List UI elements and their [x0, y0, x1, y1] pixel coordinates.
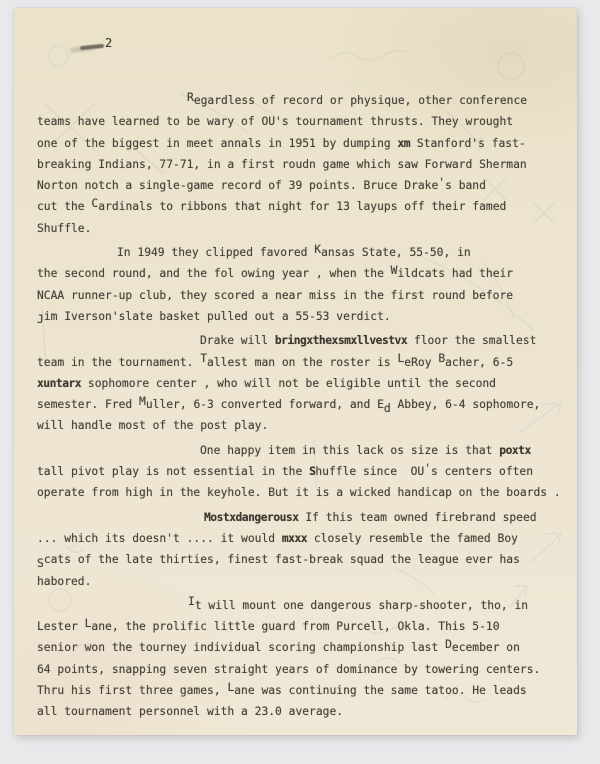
text-line: all tournament personnel with a 23.0 ave… [37, 701, 567, 722]
text-line: Mostxdangerousx If this team owned fireb… [37, 507, 567, 528]
text-line: In 1949 they clipped favored Kansas Stat… [37, 242, 567, 263]
text-line: Norton notch a single-game record of 39 … [37, 175, 567, 196]
paragraph: Mostxdangerousx If this team owned fireb… [37, 507, 567, 592]
text-line: semester. Fred Muller, 6-3 converted for… [37, 394, 567, 415]
paragraph: One happy item in this lack os size is t… [37, 440, 567, 504]
text-line: habored. [37, 571, 567, 592]
text-line: operate from high in the keyhole. But it… [37, 482, 567, 503]
text-line: It will mount one dangerous sharp-shoote… [37, 595, 567, 616]
page-body: Regardless of record or physique, other … [37, 90, 567, 726]
text-line: tall pivot play is not essential in the … [37, 461, 567, 482]
paragraph: Drake will bringxthexsmxllvestvx floor t… [37, 330, 567, 436]
text-line: the second round, and the fol owing year… [37, 263, 567, 284]
text-line: xuntarx sophomore center , who will not … [37, 373, 567, 394]
text-line: Shuffle. [37, 218, 567, 239]
text-line: 64 points, snapping seven straight years… [37, 659, 567, 680]
pencil-smudge [80, 44, 104, 50]
paragraph: In 1949 they clipped favored Kansas Stat… [37, 242, 567, 327]
paragraph: Regardless of record or physique, other … [37, 90, 567, 239]
text-line: Regardless of record or physique, other … [37, 90, 567, 111]
text-line: NCAA runner-up club, they scored a near … [37, 285, 567, 306]
text-line: Lester Lane, the prolific little guard f… [37, 616, 567, 637]
crease-line [14, 85, 577, 87]
text-line: one of the biggest in meet annals in 195… [37, 133, 567, 154]
text-line: teams have learned to be wary of OU's to… [37, 111, 567, 132]
text-line: team in the tournament. Tallest man on t… [37, 352, 567, 373]
text-line: Drake will bringxthexsmxllvestvx floor t… [37, 330, 567, 351]
scanned-document: 2 Regardless of record or physique, othe… [0, 0, 600, 764]
paper-sheet: 2 Regardless of record or physique, othe… [14, 8, 577, 735]
page-number: 2 [105, 36, 112, 50]
text-line: One happy item in this lack os size is t… [37, 440, 567, 461]
text-line: breaking Indians, 77-71, in a first roud… [37, 154, 567, 175]
text-line: cut the Cardinals to ribbons that night … [37, 196, 567, 217]
text-line: ... which its doesn't .... it would mxxx… [37, 528, 567, 549]
text-line: Jim Iverson'slate basket pulled out a 55… [37, 306, 567, 327]
paragraph: It will mount one dangerous sharp-shoote… [37, 595, 567, 723]
text-line: Thru his first three games, Lane was con… [37, 680, 567, 701]
text-line: Scats of the late thirties, finest fast-… [37, 549, 567, 570]
text-line: will handle most of the post play. [37, 415, 567, 436]
text-line: senior won the tourney individual scorin… [37, 637, 567, 658]
